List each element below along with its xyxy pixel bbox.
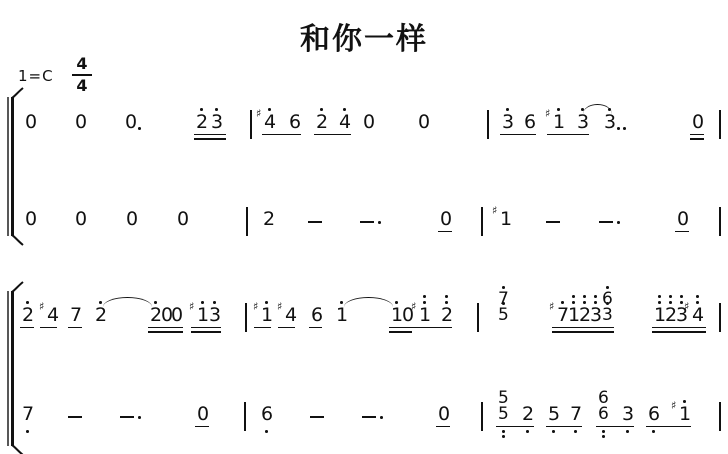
- score-canvas: 000234♯62400361♯3300000201♯024♯722001♯31…: [0, 0, 728, 454]
- octave-dot: [594, 295, 597, 298]
- octave-dot: [606, 286, 609, 289]
- beam-underline: [675, 231, 689, 232]
- note-glyph: 1: [500, 210, 512, 229]
- rest-glyph: 0: [363, 113, 375, 132]
- octave-dot: [574, 430, 577, 433]
- note-glyph: 3: [622, 405, 634, 424]
- rest-glyph: 0: [177, 210, 189, 229]
- augmentation-dot: [138, 127, 141, 130]
- octave-dot: [583, 295, 586, 298]
- note-glyph: 1: [553, 113, 565, 132]
- note-glyph: 3: [590, 306, 602, 325]
- octave-dot: [213, 301, 216, 304]
- augmentation-dot: [617, 127, 620, 130]
- rest-glyph: 0: [440, 210, 452, 229]
- augmentation-dot: [138, 416, 141, 419]
- octave-dot: [602, 430, 605, 433]
- beam-underline: [309, 327, 322, 328]
- barline: [244, 402, 246, 431]
- rest-glyph: 0: [75, 113, 87, 132]
- octave-dot: [658, 295, 661, 298]
- beam-underline: [412, 327, 452, 328]
- sharp-icon: ♯: [253, 301, 258, 312]
- note-glyph: 3: [211, 113, 223, 132]
- octave-dot: [445, 301, 448, 304]
- rest-glyph: 0: [418, 113, 430, 132]
- beam-underline: [652, 327, 706, 328]
- sharp-icon: ♯: [549, 301, 554, 312]
- note-glyph: 6: [648, 405, 660, 424]
- tie: [103, 297, 152, 307]
- note-glyph: 7: [570, 405, 582, 424]
- beam-underline: [552, 331, 614, 332]
- octave-dot: [696, 295, 699, 298]
- note-glyph: 1: [261, 306, 273, 325]
- beam-underline: [40, 327, 57, 328]
- dash-note: [68, 416, 82, 418]
- note-glyph: 6: [261, 405, 273, 424]
- octave-dot: [583, 301, 586, 304]
- barline: [477, 303, 479, 332]
- octave-dot: [506, 108, 509, 111]
- note-glyph: 6: [598, 406, 609, 423]
- note-glyph: 5: [548, 405, 560, 424]
- note-glyph: 3: [604, 113, 616, 132]
- beam-underline: [254, 327, 271, 328]
- note-glyph: 4: [47, 306, 59, 325]
- note-glyph: 6: [289, 113, 301, 132]
- octave-dot: [201, 301, 204, 304]
- note-glyph: 3: [502, 113, 514, 132]
- octave-dot: [652, 430, 655, 433]
- octave-dot: [696, 301, 699, 304]
- octave-dot: [343, 108, 346, 111]
- octave-dot: [669, 301, 672, 304]
- octave-dot: [552, 430, 555, 433]
- sharp-icon: ♯: [39, 301, 44, 312]
- note-glyph: 2: [441, 306, 453, 325]
- octave-dot: [526, 430, 529, 433]
- octave-dot: [606, 302, 609, 305]
- dash-note: [120, 416, 134, 418]
- beam-underline: [552, 327, 614, 328]
- beam-underline: [194, 138, 226, 139]
- octave-dot: [626, 430, 629, 433]
- note-glyph: 2: [95, 306, 107, 325]
- note-glyph: 2: [522, 405, 534, 424]
- octave-dot: [572, 301, 575, 304]
- beam-underline: [314, 134, 351, 135]
- note-glyph: 3: [577, 113, 589, 132]
- augmentation-dot: [378, 221, 381, 224]
- octave-dot: [154, 301, 157, 304]
- barline: [719, 110, 721, 139]
- octave-dot: [683, 400, 686, 403]
- beam-underline: [389, 327, 412, 328]
- dash-note: [599, 221, 613, 223]
- system-bracket: [2, 87, 28, 246]
- beam-underline: [194, 134, 226, 135]
- barline: [245, 303, 247, 332]
- augmentation-dot: [623, 127, 626, 130]
- rest-glyph: 0: [126, 210, 138, 229]
- octave-dot: [557, 108, 560, 111]
- octave-dot: [423, 301, 426, 304]
- sharp-icon: ♯: [684, 301, 689, 312]
- barline: [719, 402, 721, 431]
- note-glyph: 5: [498, 406, 509, 423]
- beam-underline: [596, 426, 634, 427]
- octave-dot: [658, 301, 661, 304]
- octave-dot: [265, 430, 268, 433]
- beam-underline: [496, 426, 534, 427]
- octave-dot: [680, 301, 683, 304]
- octave-dot: [99, 301, 102, 304]
- octave-dot: [423, 295, 426, 298]
- beam-underline: [262, 134, 301, 135]
- barline: [246, 207, 248, 236]
- octave-dot: [200, 108, 203, 111]
- barline: [481, 402, 483, 431]
- dash-note: [310, 416, 324, 418]
- note-glyph: 4: [692, 306, 704, 325]
- rest-glyph: 0: [171, 306, 183, 325]
- barline: [481, 207, 483, 236]
- beam-underline: [438, 231, 452, 232]
- octave-dot: [265, 301, 268, 304]
- system-bracket: [2, 281, 28, 454]
- note-glyph: 1: [679, 405, 691, 424]
- note-glyph: 6: [524, 113, 536, 132]
- octave-dot: [680, 295, 683, 298]
- rest-glyph: 0: [692, 113, 704, 132]
- beam-underline: [278, 327, 295, 328]
- dash-note: [308, 221, 322, 223]
- rest-glyph: 0: [197, 405, 209, 424]
- sharp-icon: ♯: [256, 108, 261, 119]
- octave-dot: [502, 286, 505, 289]
- beam-underline: [191, 331, 221, 332]
- note-glyph: 7: [70, 306, 82, 325]
- beam-underline: [646, 426, 691, 427]
- note-glyph: 6: [311, 306, 323, 325]
- octave-dot: [502, 435, 505, 438]
- note-glyph: 4: [264, 113, 276, 132]
- sharp-icon: ♯: [411, 301, 416, 312]
- beam-underline: [148, 331, 183, 332]
- beam-underline: [148, 327, 183, 328]
- beam-underline: [652, 331, 706, 332]
- augmentation-dot: [617, 221, 620, 224]
- beam-underline: [500, 134, 536, 135]
- sharp-icon: ♯: [277, 301, 282, 312]
- rest-glyph: 0: [125, 113, 137, 132]
- note-glyph: 2: [316, 113, 328, 132]
- octave-dot: [395, 301, 398, 304]
- beam-underline: [546, 426, 582, 427]
- note-glyph: 3: [209, 306, 221, 325]
- octave-dot: [502, 302, 505, 305]
- octave-dot: [594, 301, 597, 304]
- sharp-icon: ♯: [671, 400, 676, 411]
- octave-dot: [561, 301, 564, 304]
- note-glyph: 2: [263, 210, 275, 229]
- octave-dot: [602, 435, 605, 438]
- note-glyph: 4: [339, 113, 351, 132]
- sheet-music-page: 和你一样 1=C 4 4 000234♯62400361♯3300000201♯…: [0, 0, 728, 454]
- note-glyph: 3: [602, 307, 613, 324]
- beam-underline: [436, 426, 450, 427]
- note-glyph: 4: [285, 306, 297, 325]
- rest-glyph: 0: [677, 210, 689, 229]
- sharp-icon: ♯: [545, 108, 550, 119]
- barline: [719, 303, 721, 332]
- dash-note: [360, 221, 374, 223]
- octave-dot: [268, 108, 271, 111]
- note-glyph: 5: [498, 307, 509, 324]
- beam-underline: [389, 331, 412, 332]
- octave-dot: [669, 295, 672, 298]
- note-glyph: 2: [196, 113, 208, 132]
- beam-underline: [191, 327, 221, 328]
- note-glyph: 1: [197, 306, 209, 325]
- barline: [487, 110, 489, 139]
- barline: [250, 110, 252, 139]
- note-glyph: 1: [419, 306, 431, 325]
- note-glyph: 1: [336, 306, 348, 325]
- octave-dot: [215, 108, 218, 111]
- dash-note: [362, 416, 376, 418]
- beam-underline: [195, 426, 209, 427]
- octave-dot: [502, 430, 505, 433]
- barline: [719, 207, 721, 236]
- octave-dot: [572, 295, 575, 298]
- augmentation-dot: [380, 416, 383, 419]
- octave-dot: [608, 108, 611, 111]
- beam-underline: [547, 134, 589, 135]
- sharp-icon: ♯: [189, 301, 194, 312]
- tie: [344, 297, 393, 307]
- sharp-icon: ♯: [492, 205, 497, 216]
- beam-underline: [690, 134, 704, 135]
- rest-glyph: 0: [75, 210, 87, 229]
- octave-dot: [320, 108, 323, 111]
- beam-underline: [68, 327, 82, 328]
- dash-note: [546, 221, 560, 223]
- rest-glyph: 0: [438, 405, 450, 424]
- beam-underline: [690, 138, 704, 139]
- octave-dot: [340, 301, 343, 304]
- octave-dot: [445, 295, 448, 298]
